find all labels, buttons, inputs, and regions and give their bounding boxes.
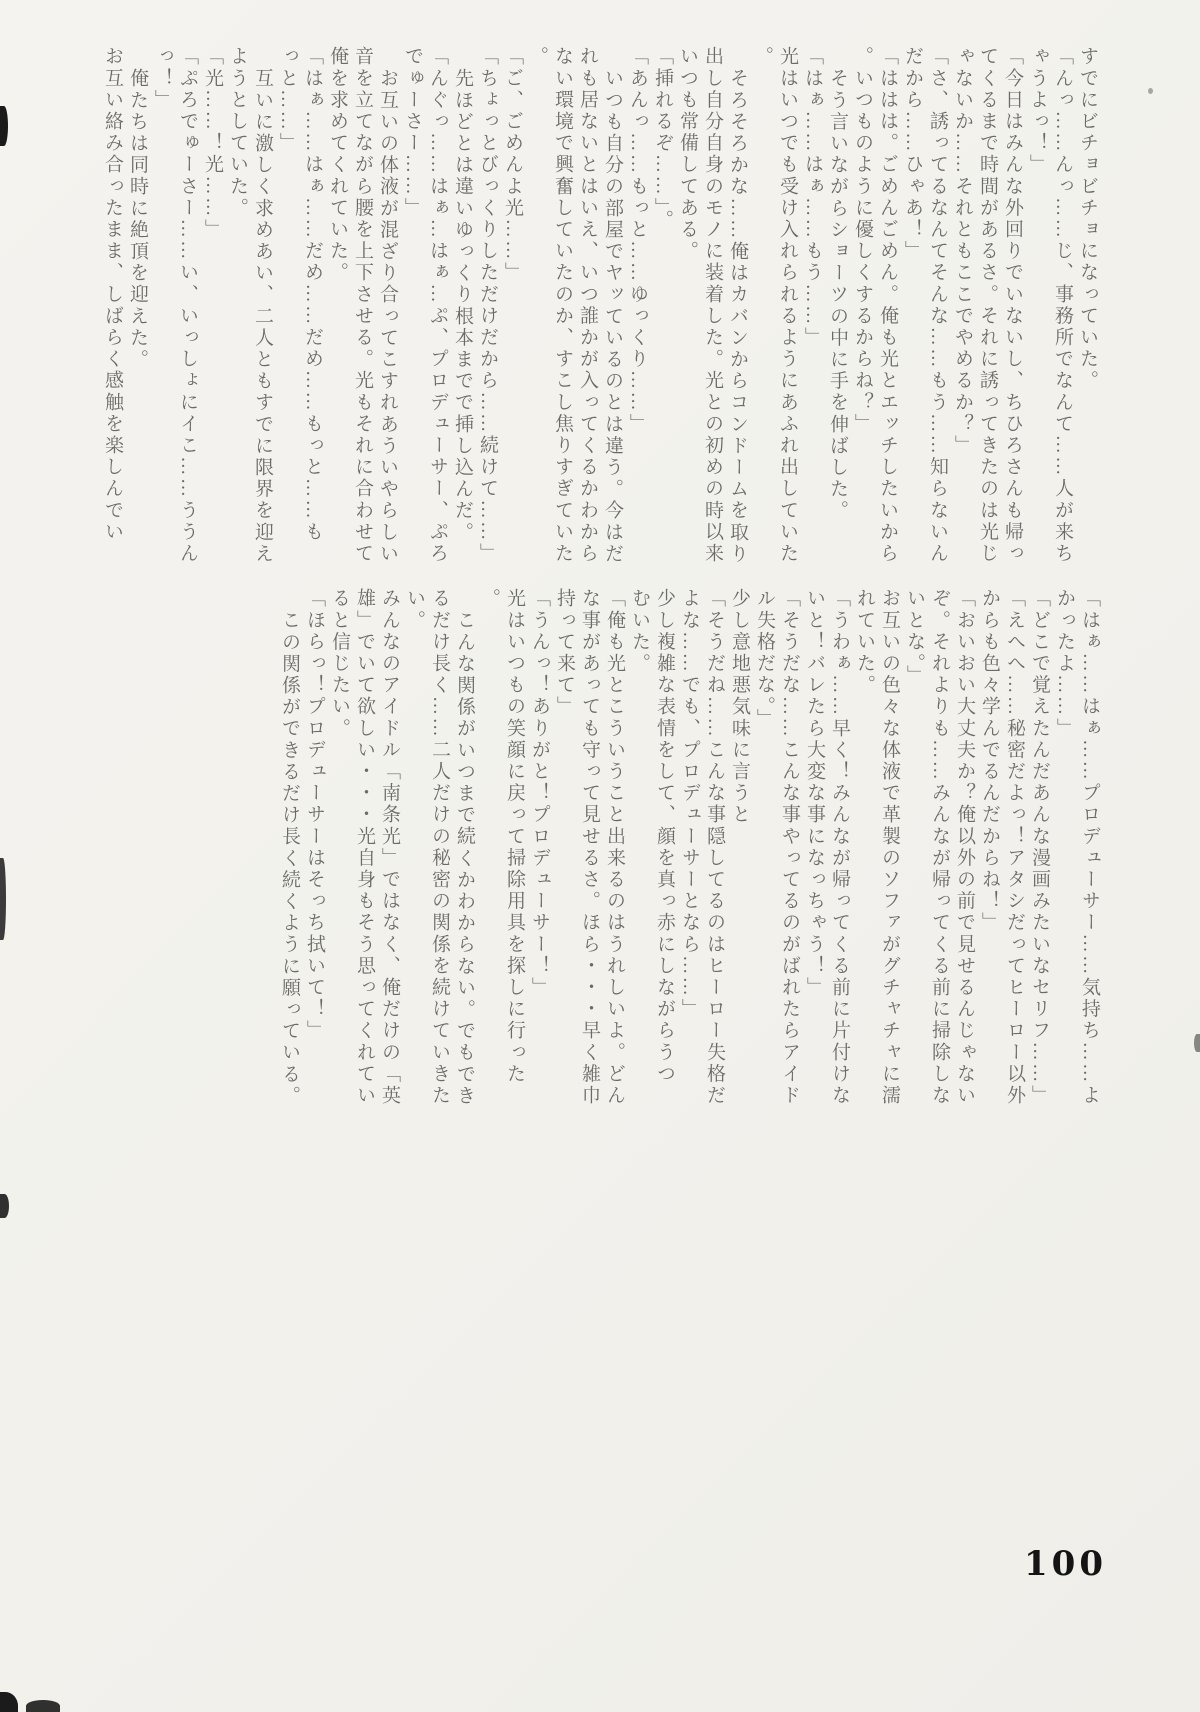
text-column: い。	[402, 588, 427, 1110]
scan-artifact	[1194, 1034, 1200, 1052]
text-column: かったよ……」	[1052, 588, 1077, 1110]
text-column: 少し意地悪気味に言うと	[727, 588, 752, 1110]
text-column: 「挿れるぞ……」。	[650, 46, 675, 568]
binding-smudge	[0, 106, 8, 146]
text-column: 「はぁ……はぁ……もう……」	[800, 46, 825, 568]
binding-smudge	[0, 1692, 18, 1712]
text-column: っ！」	[150, 46, 175, 568]
text-column: 。	[525, 46, 550, 568]
text-column: ゃないか……それともここでやめるか？」	[950, 46, 975, 568]
text-column: お互い絡み合ったまま、しばらく感触を楽しんでい	[100, 46, 125, 568]
text-column: 「今日はみんな外回りでいないし、ちひろさんも帰っ	[1000, 46, 1025, 568]
text-column: みんなのアイドル「南条光」ではなく、俺だけの「英	[377, 588, 402, 1110]
text-column: だから……ひゃあ！」	[900, 46, 925, 568]
text-column: 「どこで覚えたんだあんな漫画みたいなセリフ……」	[1027, 588, 1052, 1110]
text-column: そう言いながらショーツの中に手を伸ばした。	[825, 46, 850, 568]
text-column: ぞ。それよりも……みんなが帰ってくる前に掃除しな	[927, 588, 952, 1110]
text-column: 少し複雑な表情をして、顔を真っ赤にしながらうつ	[652, 588, 677, 1110]
text-column: 「俺も光とこういうこと出来るのはうれしいよ。どん	[602, 588, 627, 1110]
text-block-upper: すでにビチョビチョになっていた。「んっ……んっ……じ、事務所でなんて……人が来ち…	[100, 46, 1100, 574]
text-column: ようとしていた。	[225, 46, 250, 568]
text-column: ゃうよっ！」	[1025, 46, 1050, 568]
text-column: 「そうだな……こんな事やってるのがばれたらアイド	[777, 588, 802, 1110]
text-column: この関係ができるだけ長く続くように願っている。	[277, 588, 302, 1110]
text-column: 「んぐっ……はぁ…はぁ…ぷ、プロデューサー、ぷろ	[425, 46, 450, 568]
text-column: 「光……！光……」	[200, 46, 225, 568]
text-column: てくるまで時間があるさ。それに誘ってきたのは光じ	[975, 46, 1000, 568]
text-column: からも色々学んでるんだからね！」	[977, 588, 1002, 1110]
text-column: いと！バレたら大変な事になっちゃう！」	[802, 588, 827, 1110]
text-column: 光はいつもの笑顔に戻って掃除用具を探しに行った	[502, 588, 527, 1110]
text-column: こんな関係がいつまで続くかわからない。でもでき	[452, 588, 477, 1110]
text-column: 「おいおい大丈夫か？俺以外の前で見せるんじゃない	[952, 588, 977, 1110]
text-column: 俺を求めてくれていた。	[325, 46, 350, 568]
text-column: いとな。」	[902, 588, 927, 1110]
text-column: でゅーさー……」	[400, 46, 425, 568]
text-column: 「んっ……んっ……じ、事務所でなんて……人が来ち	[1050, 46, 1075, 568]
text-column: 「えへへ……秘密だよっ！アタシだってヒーロー以外	[1002, 588, 1027, 1110]
text-column: れていた。	[852, 588, 877, 1110]
text-column: 「ちょっとびっくりしただけだから……続けて……」	[475, 46, 500, 568]
text-column: 先ほどとは違いゆっくり根本までで挿し込んだ。	[450, 46, 475, 568]
text-column: 「そうだね……こんな事隠してるのはヒーロー失格だ	[702, 588, 727, 1110]
binding-smudge	[0, 1194, 9, 1218]
text-column: 「はぁ……はぁ……だめ……だめ……もっと……も	[300, 46, 325, 568]
text-column: 「ほらっ！プロデューサーはそっち拭いて！」	[302, 588, 327, 1110]
text-column: よな……でも、プロデューサーとなら……」	[677, 588, 702, 1110]
scan-artifact	[1148, 88, 1153, 94]
text-column: 出し自分自身のモノに装着した。光との初めの時以来	[700, 46, 725, 568]
text-column: 「うわぁ……早く！みんなが帰ってくる前に片付けな	[827, 588, 852, 1110]
text-column: 「ご、ごめんよ光……」	[500, 46, 525, 568]
text-column: るだけ長く……二人だけの秘密の関係を続けていきた	[427, 588, 452, 1110]
text-column: 「ぷろでゅーさー……い、いっしょにイこ……ううん	[175, 46, 200, 568]
text-column: いつも自分の部屋でヤッているのとは違う。今はだ	[600, 46, 625, 568]
page-number: 100	[1024, 1544, 1107, 1584]
text-column: 音を立てながら腰を上下させる。光もそれに合わせて	[350, 46, 375, 568]
binding-smudge	[0, 858, 6, 940]
text-column: 持って来て」	[552, 588, 577, 1110]
text-column: 。いつものように優しくするからね？」	[850, 46, 875, 568]
text-column: 互いに激しく求めあい、二人ともすでに限界を迎え	[250, 46, 275, 568]
text-column: 「ははは。ごめんごめん。俺も光とエッチしたいから	[875, 46, 900, 568]
text-column: 俺たちは同時に絶頂を迎えた。	[125, 46, 150, 568]
text-column: お互いの色々な体液で革製のソファがグチャチャに濡	[877, 588, 902, 1110]
text-column: お互いの体液が混ざり合ってこすれあういやらしい	[375, 46, 400, 568]
text-column: 光はいつでも受け入れられるようにあふれ出していた	[775, 46, 800, 568]
text-column: 。	[477, 588, 502, 1110]
binding-smudge	[26, 1700, 60, 1712]
text-column: いつも常備してある。	[675, 46, 700, 568]
text-column: すでにビチョビチョになっていた。	[1075, 46, 1100, 568]
text-column: ない環境で興奮していたのか、すこし焦りすぎていた	[550, 46, 575, 568]
text-column: 雄」でいて欲しい・・・光自身もそう思ってくれてい	[352, 588, 377, 1110]
text-column: っと……」	[275, 46, 300, 568]
text-column: な事があっても守って見せるさ。ほら・・・早く雑巾	[577, 588, 602, 1110]
text-column: 「さ、誘ってるなんてそんな……もう……知らないん	[925, 46, 950, 568]
text-column: ると信じたい。	[327, 588, 352, 1110]
text-column: れも居ないとはいえ、いつ誰かが入ってくるかわから	[575, 46, 600, 568]
text-column: むいた。	[627, 588, 652, 1110]
text-column: 。	[750, 46, 775, 568]
text-column: 「うんっ！ありがと！プロデューサー！」	[527, 588, 552, 1110]
text-column: そろそろかな……俺はカバンからコンドームを取り	[725, 46, 750, 568]
text-column: ル失格だな。」	[752, 588, 777, 1110]
text-block-lower: 「はぁ……はぁ……プロデューサー……気持ち……よかったよ……」「どこで覚えたんだ…	[277, 588, 1102, 1116]
text-column: 「あんっ……もっと……ゆっくり……」	[625, 46, 650, 568]
text-column: 「はぁ……はぁ……プロデューサー……気持ち……よ	[1077, 588, 1102, 1110]
